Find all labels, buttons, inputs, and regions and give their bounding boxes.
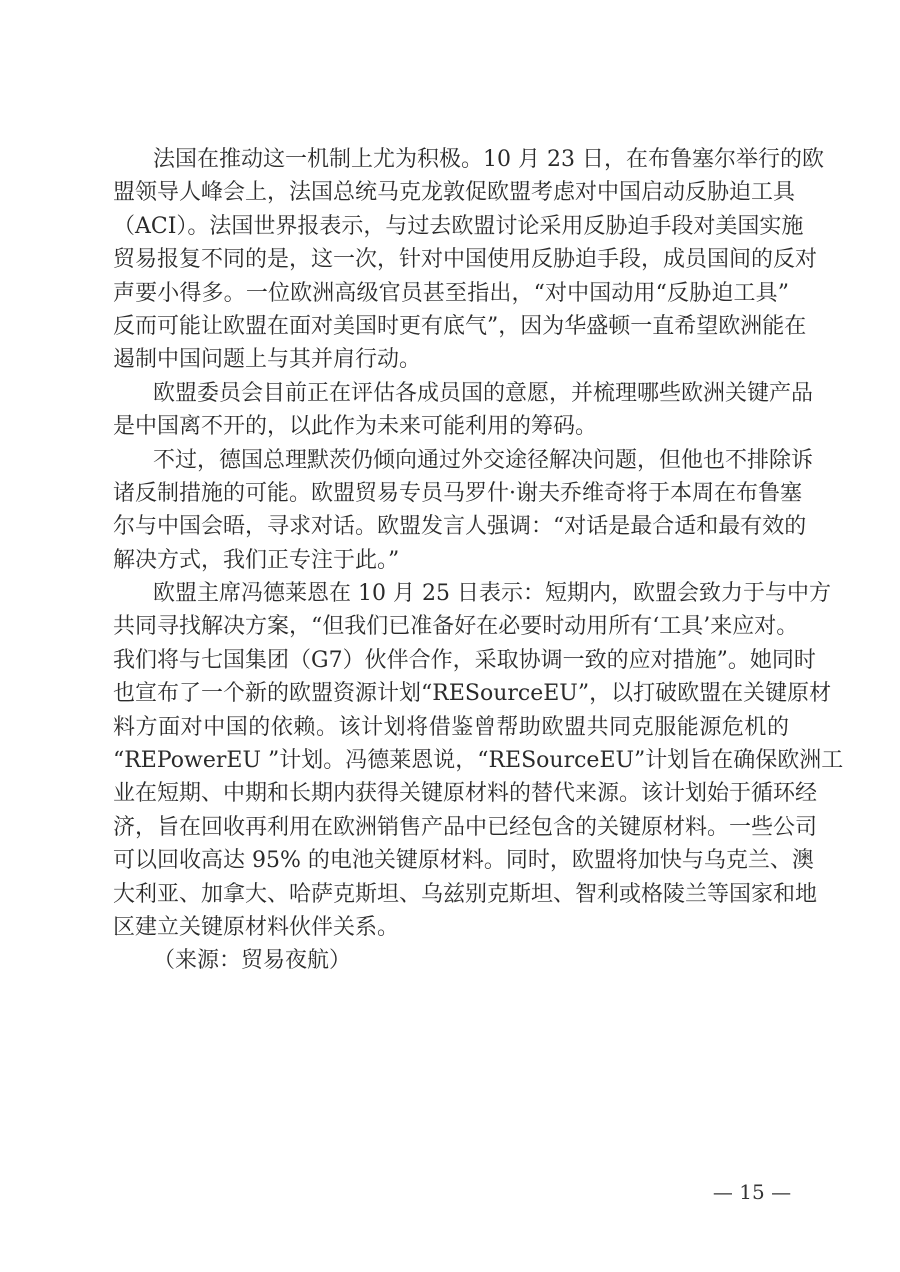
text-line: 尔与中国会晤，寻求对话。欧盟发言人强调：“对话是最合适和最有效的: [113, 510, 789, 543]
text-line: 大利亚、加拿大、哈萨克斯坦、乌兹别克斯坦、智利或格陵兰等国家和地: [113, 878, 789, 911]
text-line: 区建立关键原材料伙伴关系。: [113, 911, 789, 944]
text-line: 反而可能让欧盟在面对美国时更有底气”，因为华盛顿一直希望欧洲能在: [113, 310, 789, 343]
text-line: 解决方式，我们正专注于此。”: [113, 544, 789, 577]
document-page: 法国在推动这一机制上尤为积极。10 月 23 日，在布鲁塞尔举行的欧 盟领导人峰…: [0, 0, 900, 1272]
text-line: 声要小得多。一位欧洲高级官员甚至指出，“对中国动用“反胁迫工具”: [113, 277, 789, 310]
text-line: 诸反制措施的可能。欧盟贸易专员马罗什·谢夫乔维奇将于本周在布鲁塞: [113, 477, 789, 510]
paragraph-germany: 不过，德国总理默茨仍倾向通过外交途径解决问题，但他也不排除诉 诸反制措施的可能。…: [113, 444, 789, 578]
text-line: 贸易报复不同的是，这一次，针对中国使用反胁迫手段，成员国间的反对: [113, 243, 789, 276]
text-line: 是中国离不开的，以此作为未来可能利用的筹码。: [113, 410, 789, 443]
text-line: 也宣布了一个新的欧盟资源计划“RESourceEU”，以打破欧盟在关键原材: [113, 677, 789, 710]
text-line: 共同寻找解决方案，“但我们已准备好在必要时动用所有‘工具’来应对。: [113, 610, 789, 643]
source-attribution: （来源：贸易夜航）: [113, 944, 789, 977]
text-line: 料方面对中国的依赖。该计划将借鉴曾帮助欧盟共同克服能源危机的: [113, 711, 789, 744]
text-line: 我们将与七国集团（G7）伙伴合作，采取协调一致的应对措施”。她同时: [113, 644, 789, 677]
text-line: 遏制中国问题上与其并肩行动。: [113, 343, 789, 376]
paragraph-eu-commission: 欧盟委员会目前正在评估各成员国的意愿，并梳理哪些欧洲关键产品 是中国离不开的，以…: [113, 377, 789, 444]
text-line: 欧盟主席冯德莱恩在 10 月 25 日表示：短期内，欧盟会致力于与中方: [113, 577, 789, 610]
page-number: — 15 —: [712, 1180, 792, 1204]
text-line: 盟领导人峰会上，法国总统马克龙敦促欧盟考虑对中国启动反胁迫工具: [113, 176, 789, 209]
body-text: 法国在推动这一机制上尤为积极。10 月 23 日，在布鲁塞尔举行的欧 盟领导人峰…: [113, 143, 789, 978]
text-line: 不过，德国总理默茨仍倾向通过外交途径解决问题，但他也不排除诉: [113, 444, 789, 477]
text-line: 可以回收高达 95% 的电池关键原材料。同时，欧盟将加快与乌克兰、澳: [113, 844, 789, 877]
text-line: 业在短期、中期和长期内获得关键原材料的替代来源。该计划始于循环经: [113, 777, 789, 810]
text-line: （ACI）。法国世界报表示，与过去欧盟讨论采用反胁迫手段对美国实施: [113, 210, 789, 243]
text-line: 欧盟委员会目前正在评估各成员国的意愿，并梳理哪些欧洲关键产品: [113, 377, 789, 410]
text-line: 法国在推动这一机制上尤为积极。10 月 23 日，在布鲁塞尔举行的欧: [113, 143, 789, 176]
text-line: “REPowerEU ”计划。冯德莱恩说，“RESourceEU”计划旨在确保欧…: [113, 744, 789, 777]
paragraph-von-der-leyen: 欧盟主席冯德莱恩在 10 月 25 日表示：短期内，欧盟会致力于与中方 共同寻找…: [113, 577, 789, 944]
text-line: 济，旨在回收再利用在欧洲销售产品中已经包含的关键原材料。一些公司: [113, 811, 789, 844]
paragraph-aci-france: 法国在推动这一机制上尤为积极。10 月 23 日，在布鲁塞尔举行的欧 盟领导人峰…: [113, 143, 789, 377]
